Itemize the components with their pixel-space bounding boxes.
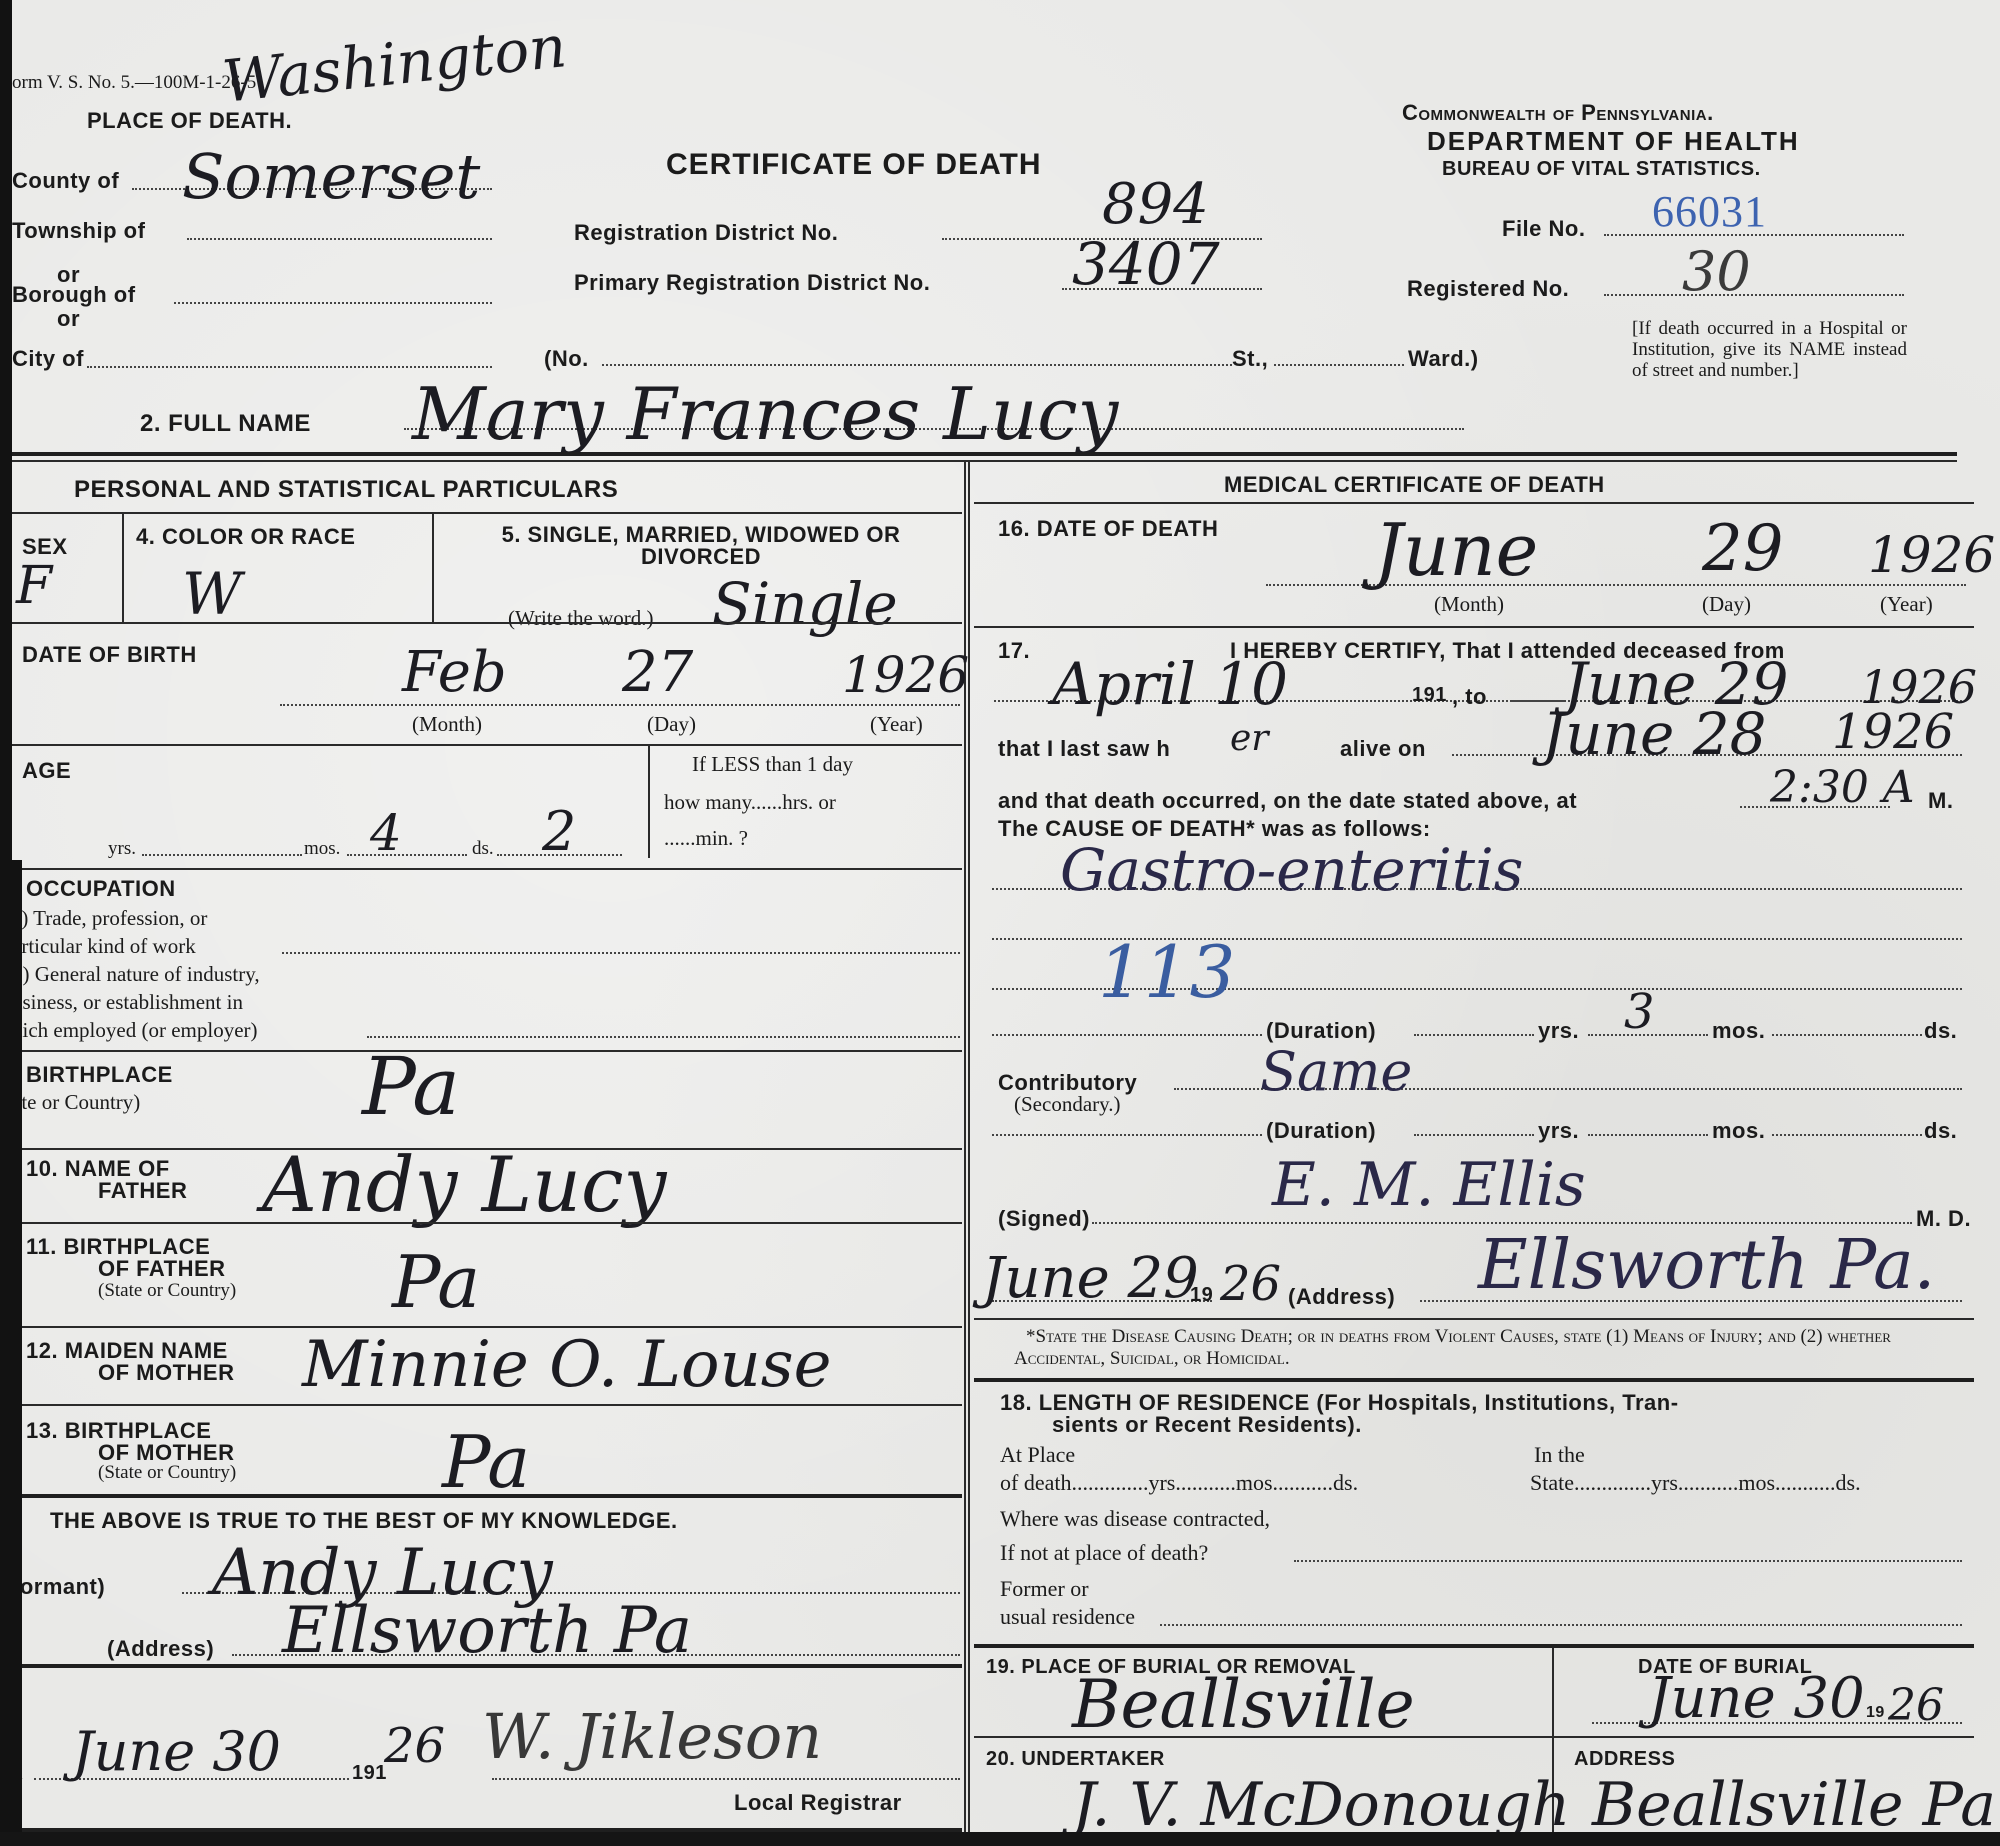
death-certificate: orm V. S. No. 5.—100M-1-26-5 Washington … xyxy=(12,0,2000,1846)
contributory-value: Same xyxy=(1260,1040,1412,1103)
minutes-prompt: ......min. ? xyxy=(664,826,748,851)
filed-year: 26 xyxy=(384,1718,445,1774)
duration-label: (Duration) xyxy=(1266,1118,1376,1144)
occupation-label: OCCUPATION xyxy=(26,876,176,902)
ds-label: ds. xyxy=(1924,1118,1957,1144)
occupation-b2-text: usiness, or establishment in xyxy=(12,990,243,1015)
former-residence-label: Former or xyxy=(1000,1576,1089,1602)
father-birthplace-value: Pa xyxy=(392,1240,480,1324)
physician-address-value: Ellsworth Pa. xyxy=(1478,1226,1935,1305)
registered-no-label: Registered No. xyxy=(1407,276,1569,302)
cause-code: 113 xyxy=(1098,930,1235,1014)
last-saw-pronoun: er xyxy=(1230,718,1269,759)
county-correction: Washington xyxy=(219,12,569,116)
father-name-value: Andy Lucy xyxy=(262,1140,667,1229)
father-birthplace-hint: (State or Country) xyxy=(98,1280,236,1302)
mother-name-value: Minnie O. Louse xyxy=(302,1328,832,1402)
date-of-death-day: 29 xyxy=(1702,512,1783,586)
birthplace-label: BIRTHPLACE xyxy=(26,1062,173,1088)
year-caption: (Year) xyxy=(870,712,923,737)
informant-label: formant) xyxy=(12,1574,105,1600)
sex-value: F xyxy=(16,556,52,616)
race-label: 4. COLOR OR RACE xyxy=(136,524,355,550)
hours-prompt: how many......hrs. or xyxy=(664,790,836,815)
day-caption: (Day) xyxy=(1702,592,1751,617)
mother-birthplace-hint: (State or Country) xyxy=(98,1462,236,1484)
alive-on-label: alive on xyxy=(1340,736,1426,762)
age-mos-label: mos. xyxy=(304,838,340,860)
year-caption: (Year) xyxy=(1880,592,1933,617)
in-state-duration: State..............yrs...........mos....… xyxy=(1530,1470,1861,1496)
registration-district-label: Registration District No. xyxy=(574,220,838,246)
full-name-value: Mary Frances Lucy xyxy=(412,372,1118,456)
commonwealth-heading: Commonwealth of Pennsylvania. xyxy=(1402,100,1714,126)
registrar-label: Local Registrar xyxy=(734,1790,902,1816)
contracted-label: Where was disease contracted, xyxy=(1000,1506,1270,1532)
at-place-duration: of death..............yrs...........mos.… xyxy=(1000,1470,1358,1496)
file-no-label: File No. xyxy=(1502,216,1585,242)
physician-address-label: (Address) xyxy=(1288,1284,1395,1310)
year-prefix: 191 xyxy=(1412,684,1447,707)
informant-address-label: (Address) xyxy=(107,1636,214,1662)
duration-mos-value: 3 xyxy=(1624,984,1655,1040)
or-text: or xyxy=(57,306,80,332)
ds-label: ds. xyxy=(1924,1018,1957,1044)
filed-date: June 30 xyxy=(72,1720,281,1783)
burial-date-value: June 30 xyxy=(1648,1666,1865,1731)
undertaker-address-label: ADDRESS xyxy=(1574,1748,1675,1771)
dob-year: 1926 xyxy=(842,646,969,704)
age-yrs-label: yrs. xyxy=(108,838,136,860)
scan-border xyxy=(0,860,22,1846)
last-saw-date: June 28 xyxy=(1542,700,1767,768)
dob-day: 27 xyxy=(622,640,693,705)
medical-heading: MEDICAL CERTIFICATE OF DEATH xyxy=(1224,472,1605,498)
place-of-death-heading: PLACE OF DEATH. xyxy=(87,108,292,134)
signed-year-prefix: 19 xyxy=(1190,1284,1213,1307)
physician-signature: E. M. Ellis xyxy=(1272,1150,1586,1220)
death-time-value: 2:30 A xyxy=(1770,762,1915,813)
mother-birthplace-value: Pa xyxy=(442,1420,530,1504)
death-time-suffix: M. xyxy=(1928,788,1953,814)
file-no-stamp: 66031 xyxy=(1652,186,1767,237)
if-not-label: If not at place of death? xyxy=(1000,1540,1208,1566)
occupation-b-text: b) General nature of industry, xyxy=(12,962,260,987)
mother-name-label2: OF MOTHER xyxy=(98,1360,235,1386)
registrar-signature: W. Jikleson xyxy=(482,1700,822,1773)
registered-no-value: 30 xyxy=(1682,240,1751,303)
age-ds-value: 2 xyxy=(542,800,576,863)
yrs-label: yrs. xyxy=(1538,1018,1579,1044)
township-label: Township of xyxy=(12,218,145,244)
dob-month: Feb xyxy=(402,640,507,705)
marital-value: Single xyxy=(712,570,898,638)
signed-year: 26 xyxy=(1220,1256,1281,1312)
mos-label: mos. xyxy=(1712,1118,1765,1144)
month-caption: (Month) xyxy=(412,712,482,737)
death-time-label: and that death occurred, on the date sta… xyxy=(998,788,1577,814)
form-number: orm V. S. No. 5.—100M-1-26-5 xyxy=(12,72,256,94)
less-than-day-text: If LESS than 1 day xyxy=(692,752,853,777)
marital-hint: (Write the word.) xyxy=(508,606,654,631)
father-name-label2: FATHER xyxy=(98,1178,187,1204)
ward-label: Ward.) xyxy=(1408,346,1479,372)
primary-district-label: Primary Registration District No. xyxy=(574,270,930,296)
primary-district-value: 3407 xyxy=(1072,230,1220,298)
signed-date: June 29 xyxy=(982,1246,1199,1311)
last-saw-year: 1926 xyxy=(1832,704,1954,760)
undertaker-label: 20. UNDERTAKER xyxy=(986,1748,1165,1771)
father-birthplace-label2: OF FATHER xyxy=(98,1256,226,1282)
cause-footnote: *State the Disease Causing Death; or in … xyxy=(1014,1326,1964,1370)
residence-heading2: sients or Recent Residents). xyxy=(1052,1412,1362,1438)
attestation-text: THE ABOVE IS TRUE TO THE BEST OF MY KNOW… xyxy=(50,1508,678,1534)
birthplace-hint: ate or Country) xyxy=(12,1090,140,1115)
burial-place-value: Beallsville xyxy=(1072,1666,1415,1743)
full-name-label: 2. FULL NAME xyxy=(140,410,311,438)
contributory-hint: (Secondary.) xyxy=(1014,1092,1121,1117)
race-value: W xyxy=(182,560,242,628)
personal-heading: PERSONAL AND STATISTICAL PARTICULARS xyxy=(74,476,618,504)
county-value: Somerset xyxy=(182,140,480,213)
to-label: , to xyxy=(1452,684,1487,710)
scan-border-bottom xyxy=(0,1832,2000,1846)
informant-address-value: Ellsworth Pa xyxy=(282,1594,692,1668)
certify-number: 17. xyxy=(998,638,1030,664)
registration-district-value: 894 xyxy=(1102,172,1209,237)
city-label: City of xyxy=(12,346,84,372)
age-mos-value: 4 xyxy=(370,804,402,862)
marital-label: 5. SINGLE, MARRIED, WIDOWED OR DIVORCED xyxy=(446,524,956,568)
scan-border xyxy=(0,0,12,860)
attended-from-date: April 10 xyxy=(1052,650,1288,718)
usual-residence-label: usual residence xyxy=(1000,1604,1135,1630)
burial-year: 26 xyxy=(1888,1680,1944,1731)
at-place-label: At Place xyxy=(1000,1442,1075,1468)
undertaker-address-value: Beallsville Pa xyxy=(1592,1770,1996,1840)
birthplace-value: Pa xyxy=(362,1040,460,1133)
yrs-label: yrs. xyxy=(1538,1118,1579,1144)
date-of-death-year: 1926 xyxy=(1868,526,1995,584)
department-heading: DEPARTMENT OF HEALTH xyxy=(1427,126,1800,157)
borough-label: Borough of xyxy=(12,282,136,308)
street-no-label: (No. xyxy=(544,346,589,372)
occupation-b3-text: hich employed (or employer) xyxy=(12,1018,258,1043)
county-label: County of xyxy=(12,168,119,194)
undertaker-value: J. V. McDonough xyxy=(1072,1770,1570,1840)
certificate-title: CERTIFICATE OF DEATH xyxy=(666,148,1042,182)
age-ds-label: ds. xyxy=(472,838,494,860)
filed-year-prefix: 191 xyxy=(352,1762,387,1785)
mos-label: mos. xyxy=(1712,1018,1765,1044)
burial-year-prefix: 19 xyxy=(1866,1704,1885,1722)
in-state-label: In the xyxy=(1534,1442,1585,1468)
date-of-death-month: June xyxy=(1374,508,1538,592)
date-of-death-label: 16. DATE OF DEATH xyxy=(998,516,1218,542)
occupation-a-text: a) Trade, profession, or xyxy=(12,906,207,931)
age-label: AGE xyxy=(22,758,71,784)
occupation-a2-text: articular kind of work xyxy=(12,934,196,959)
hospital-note: [If death occurred in a Hospital or Inst… xyxy=(1632,318,1907,381)
bureau-heading: BUREAU OF VITAL STATISTICS. xyxy=(1442,158,1761,181)
day-caption: (Day) xyxy=(647,712,696,737)
last-saw-label: that I last saw h xyxy=(998,736,1170,762)
month-caption: (Month) xyxy=(1434,592,1504,617)
dob-label: DATE OF BIRTH xyxy=(22,642,197,668)
signed-label: (Signed) xyxy=(998,1206,1090,1232)
street-label: St., xyxy=(1232,346,1268,372)
cause-of-death-value: Gastro-enteritis xyxy=(1060,836,1523,904)
